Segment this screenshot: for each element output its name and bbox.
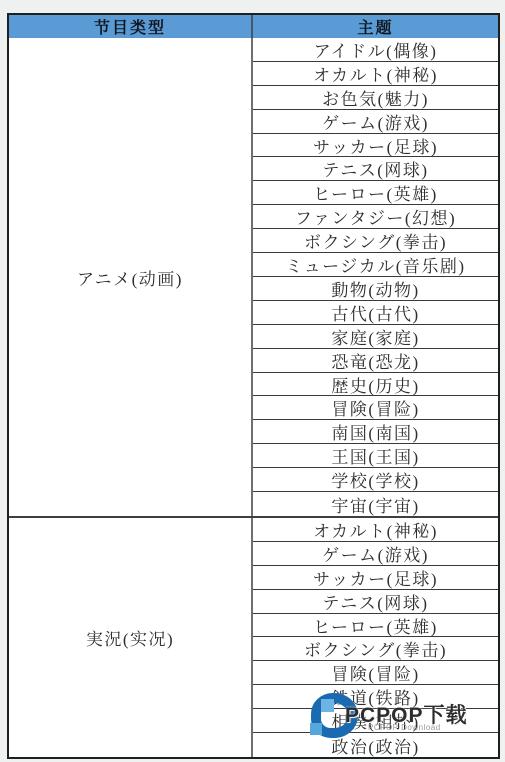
table-body: アニメ(动画)アイドル(偶像)オカルト(神秘)お色気(魅力)ゲーム(游戏)サッカ… bbox=[9, 38, 498, 757]
theme-row: テニス(网球) bbox=[253, 157, 498, 181]
theme-row: 学校(学校) bbox=[253, 468, 498, 492]
theme-row: ミュージカル(音乐剧) bbox=[253, 253, 498, 277]
theme-row: オカルト(神秘) bbox=[253, 62, 498, 86]
theme-row: 恐竜(恐龙) bbox=[253, 349, 498, 373]
header-program-type: 节目类型 bbox=[9, 15, 253, 38]
theme-list: オカルト(神秘)ゲーム(游戏)サッカー(足球)テニス(网球)ヒーロー(英雄)ボク… bbox=[253, 518, 498, 757]
theme-row: 歴史(历史) bbox=[253, 373, 498, 397]
theme-row: 動物(动物) bbox=[253, 277, 498, 301]
program-theme-table: 节目类型 主题 アニメ(动画)アイドル(偶像)オカルト(神秘)お色気(魅力)ゲー… bbox=[7, 13, 500, 759]
table-section: 実況(实况)オカルト(神秘)ゲーム(游戏)サッカー(足球)テニス(网球)ヒーロー… bbox=[9, 518, 498, 757]
theme-list: アイドル(偶像)オカルト(神秘)お色気(魅力)ゲーム(游戏)サッカー(足球)テニ… bbox=[253, 38, 498, 516]
theme-row: 古代(古代) bbox=[253, 301, 498, 325]
theme-row: 政治(政治) bbox=[253, 733, 498, 757]
theme-row: 王国(王国) bbox=[253, 444, 498, 468]
theme-row: ボクシング(拳击) bbox=[253, 229, 498, 253]
theme-row: ヒーロー(英雄) bbox=[253, 181, 498, 205]
theme-row: サッカー(足球) bbox=[253, 566, 498, 590]
program-type-cell: 実況(实况) bbox=[9, 518, 253, 757]
theme-row: 宇宙(宇宙) bbox=[253, 492, 498, 516]
theme-row: ゲーム(游戏) bbox=[253, 110, 498, 134]
theme-row: ヒーロー(英雄) bbox=[253, 614, 498, 638]
theme-row: 鉄道(铁路) bbox=[253, 685, 498, 709]
theme-row: サッカー(足球) bbox=[253, 134, 498, 158]
theme-row: 冒険(冒险) bbox=[253, 661, 498, 685]
theme-row: オカルト(神秘) bbox=[253, 518, 498, 542]
page: { "page": { "background": "#eff1f1" }, "… bbox=[0, 0, 505, 762]
program-type-cell: アニメ(动画) bbox=[9, 38, 253, 516]
theme-row: アイドル(偶像) bbox=[253, 38, 498, 62]
theme-row: 冒険(冒险) bbox=[253, 396, 498, 420]
theme-row: 南国(南国) bbox=[253, 420, 498, 444]
theme-row: 家庭(家庭) bbox=[253, 325, 498, 349]
header-theme: 主题 bbox=[253, 15, 498, 38]
theme-row: ボクシング(拳击) bbox=[253, 637, 498, 661]
theme-row: ゲーム(游戏) bbox=[253, 542, 498, 566]
theme-row: お色気(魅力) bbox=[253, 86, 498, 110]
theme-row: ファンタジー(幻想) bbox=[253, 205, 498, 229]
theme-row: 相撲(相扑) bbox=[253, 709, 498, 733]
table-header-row: 节目类型 主题 bbox=[9, 15, 498, 38]
theme-row: テニス(网球) bbox=[253, 590, 498, 614]
table-section: アニメ(动画)アイドル(偶像)オカルト(神秘)お色気(魅力)ゲーム(游戏)サッカ… bbox=[9, 38, 498, 518]
